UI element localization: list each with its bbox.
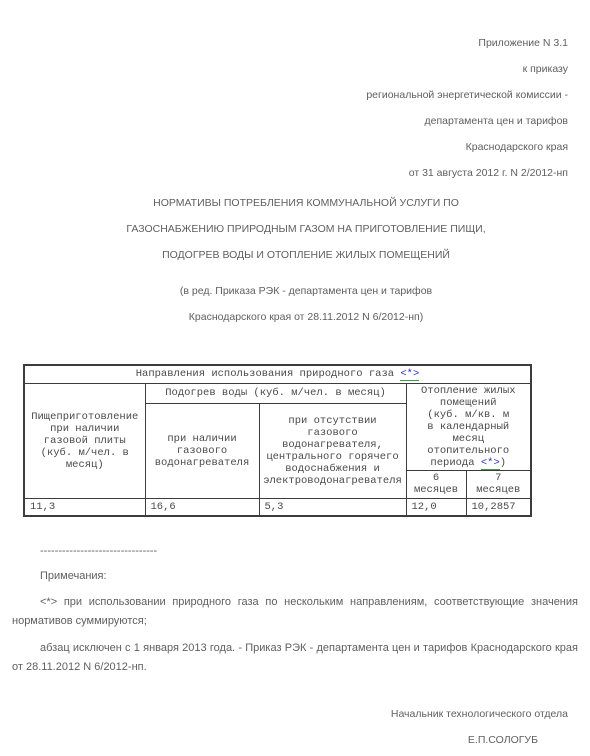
- document-title: НОРМАТИВЫ ПОТРЕБЛЕНИЯ КОММУНАЛЬНОЙ УСЛУГ…: [12, 190, 578, 268]
- appendix-header-line: от 31 августа 2012 г. N 2/2012-нп: [12, 160, 568, 186]
- appendix-header-line: региональной энергетической комиссии -: [12, 82, 568, 108]
- document-title-line: ГАЗОСНАБЖЕНИЮ ПРИРОДНЫМ ГАЗОМ НА ПРИГОТО…: [34, 216, 578, 242]
- signature-name: Е.П.СОЛОГУБ: [12, 727, 568, 753]
- document-title-line: НОРМАТИВЫ ПОТРЕБЛЕНИЯ КОММУНАЛЬНОЙ УСЛУГ…: [34, 190, 578, 216]
- edition-note-line: (в ред. Приказа РЭК - департамента цен и…: [34, 278, 578, 304]
- cell-heating-header-suffix: ): [500, 457, 506, 469]
- table-header-directions-text: Направления использования природного газ…: [136, 368, 401, 380]
- cell-cooking-value: 11,3: [24, 498, 145, 516]
- note-asterisk: <*> при использовании природного газа по…: [12, 593, 578, 631]
- edition-note-line: Краснодарского края от 28.11.2012 N 6/20…: [34, 304, 578, 330]
- table-row: 11,3 16,6 5,3 12,0 10,2857: [24, 498, 531, 516]
- cell-7-months-header: 7 месяцев: [466, 470, 531, 498]
- signature-block: Начальник технологического отдела Е.П.СО…: [12, 701, 578, 753]
- cell-without-heater-header: при отсутствии газового водонагревателя,…: [259, 403, 406, 498]
- appendix-header-line: к приказу: [12, 56, 568, 82]
- cell-with-heater-value: 16,6: [145, 498, 259, 516]
- cell-7-months-value: 10,2857: [466, 498, 531, 516]
- appendix-header-line: Приложение N 3.1: [12, 30, 568, 56]
- edition-note: (в ред. Приказа РЭК - департамента цен и…: [12, 278, 578, 330]
- table-header-directions: Направления использования природного газ…: [24, 365, 531, 383]
- cell-cooking-header: Пищеприготовление при наличии газовой пл…: [24, 383, 145, 498]
- cell-6-months-value: 12,0: [406, 498, 466, 516]
- appendix-header-line: Краснодарского края: [12, 134, 568, 160]
- footnote-separator: --------------------------------: [40, 545, 578, 557]
- notes-label: Примечания:: [40, 570, 578, 582]
- cell-heating-header: Отопление жилых помещений (куб. м/кв. м …: [406, 383, 531, 470]
- cell-with-heater-header: при наличии газового водонагревателя: [145, 403, 259, 498]
- document-title-line: ПОДОГРЕВ ВОДЫ И ОТОПЛЕНИЕ ЖИЛЫХ ПОМЕЩЕНИ…: [34, 242, 578, 268]
- norms-table: Направления использования природного газ…: [23, 364, 532, 517]
- footnote-link[interactable]: <*>: [400, 368, 419, 381]
- appendix-header-line: департамента цен и тарифов: [12, 108, 568, 134]
- footnote-link[interactable]: <*>: [481, 457, 500, 470]
- cell-without-heater-value: 5,3: [259, 498, 406, 516]
- appendix-header: Приложение N 3.1 к приказу региональной …: [12, 0, 578, 186]
- cell-6-months-header: 6 месяцев: [406, 470, 466, 498]
- signature-position: Начальник технологического отдела: [12, 701, 568, 727]
- document-page: Приложение N 3.1 к приказу региональной …: [0, 0, 590, 756]
- cell-water-heating-header: Подогрев воды (куб. м/чел. в месяц): [145, 383, 406, 403]
- note-excluded-paragraph: абзац исключен с 1 января 2013 года. - П…: [12, 639, 578, 677]
